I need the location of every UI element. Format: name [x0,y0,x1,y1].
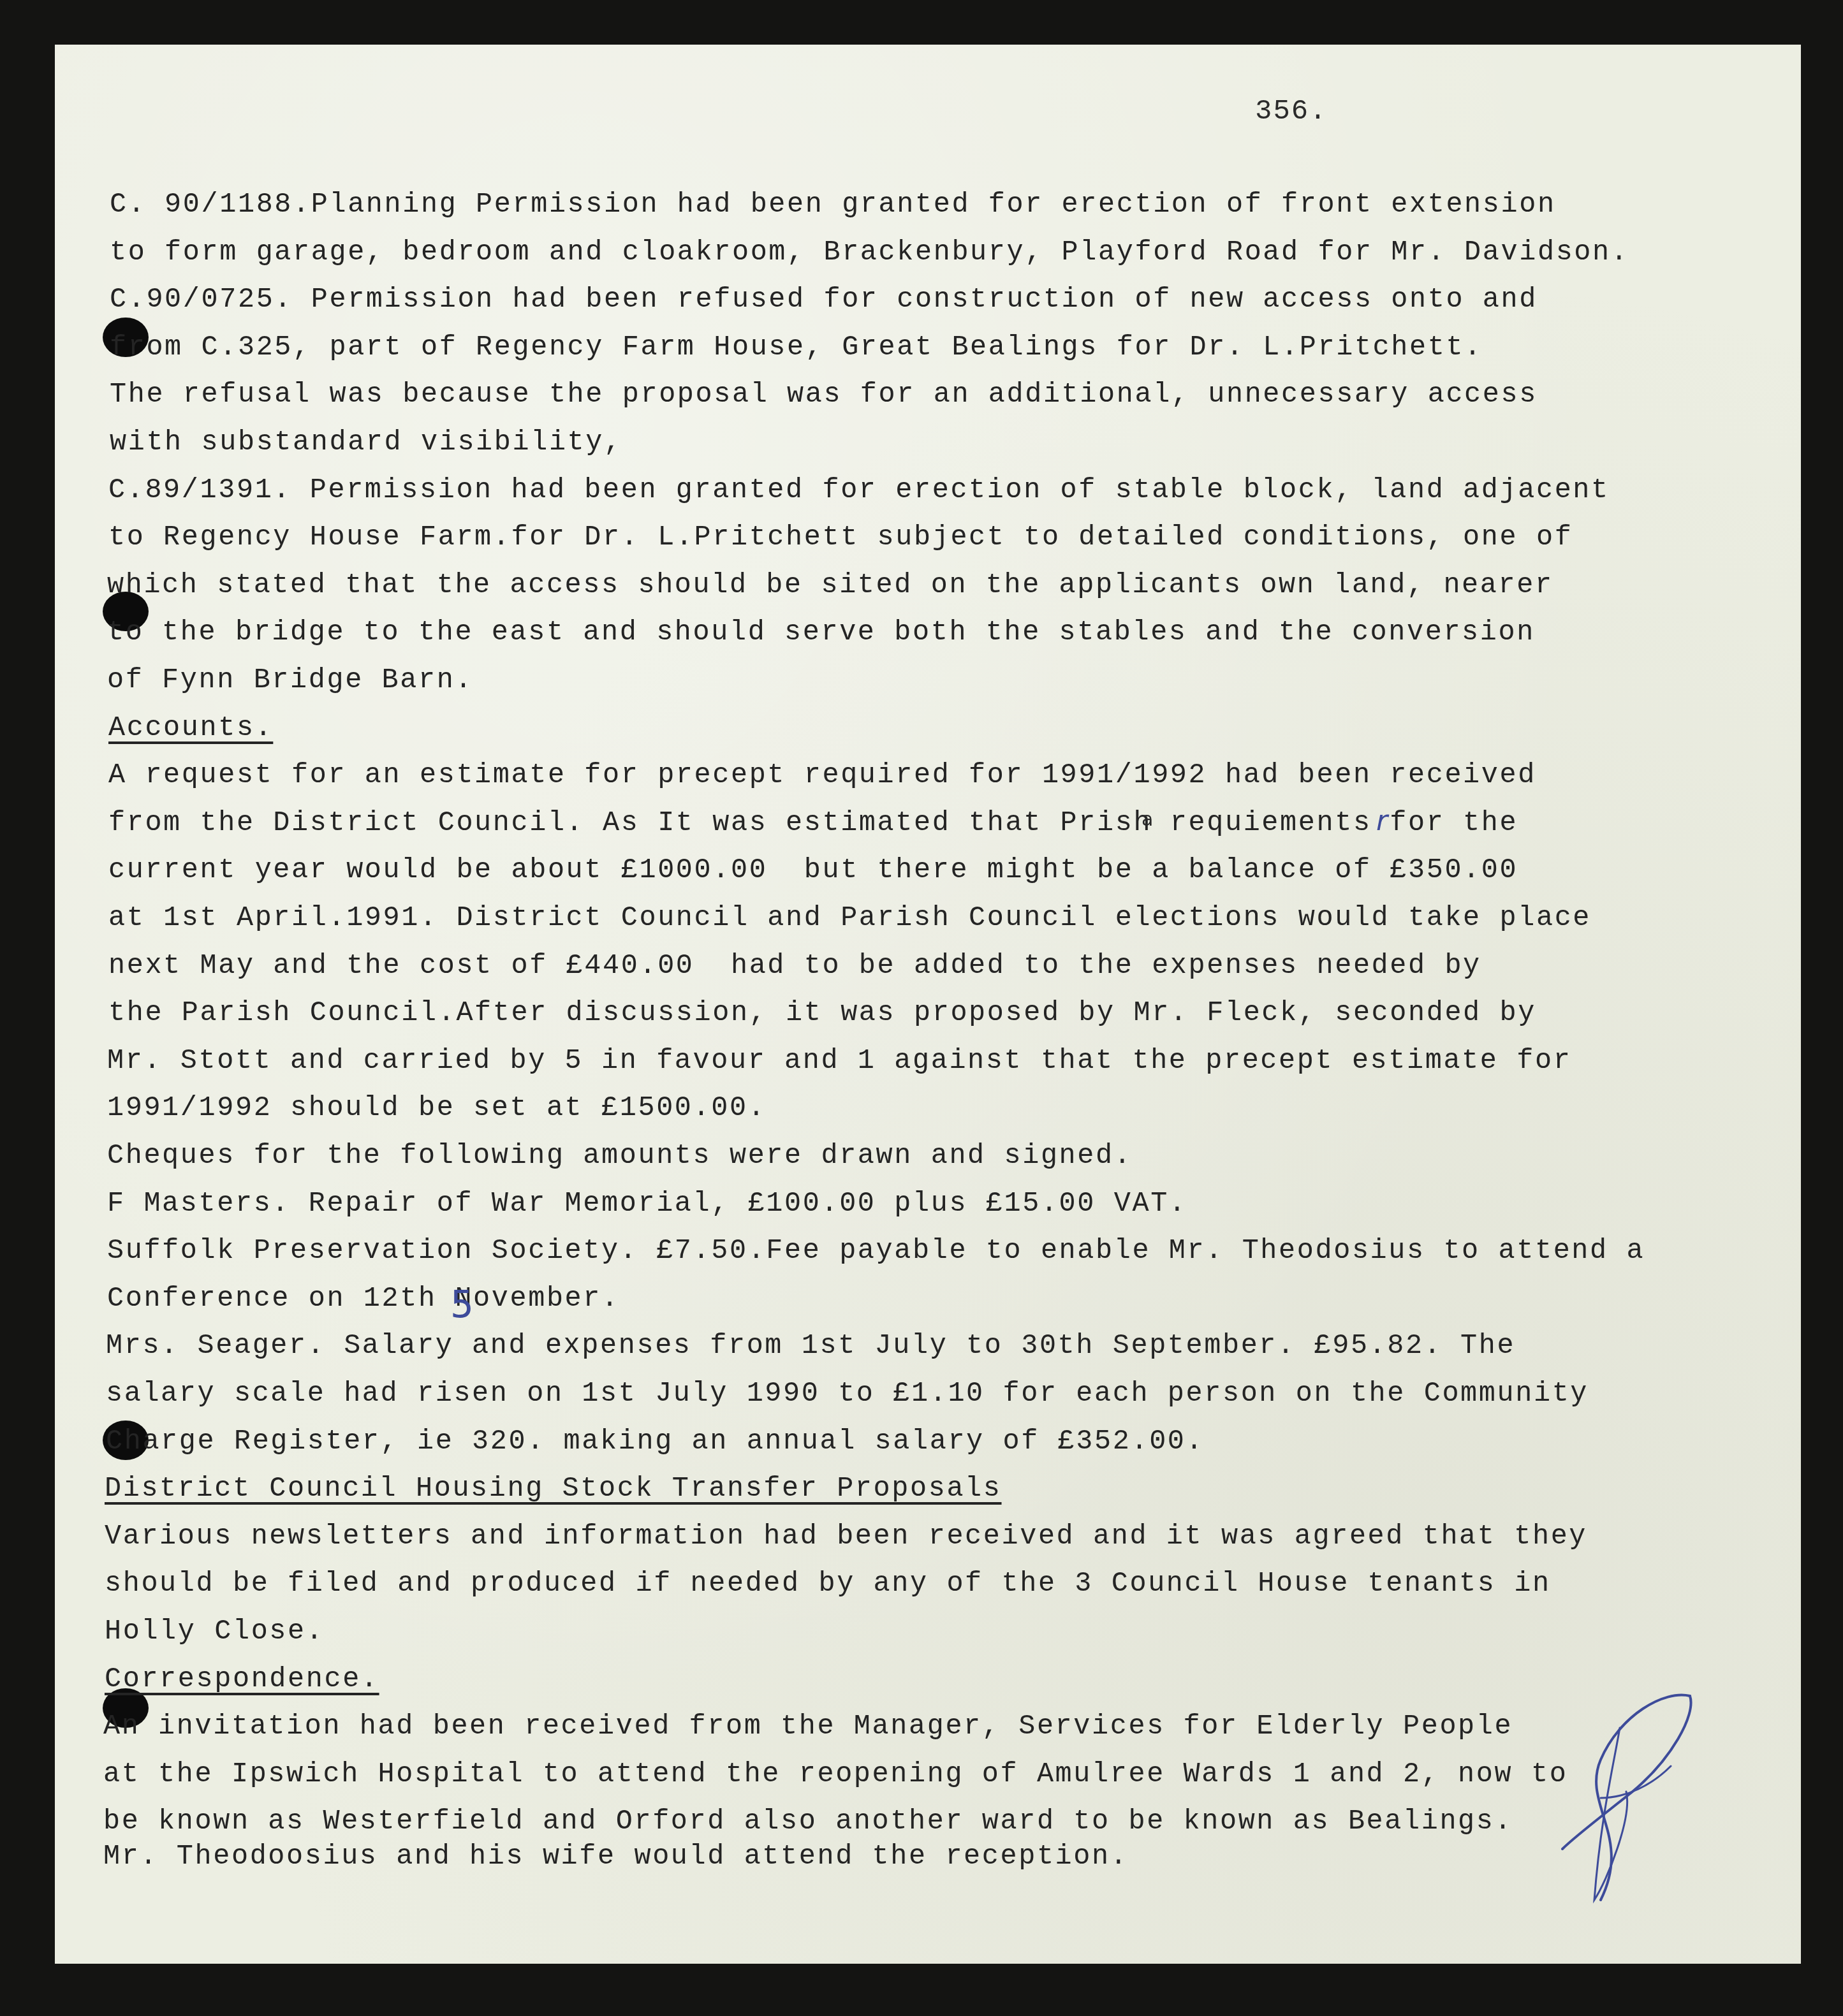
text-line: current year would be about £1000.00 but… [108,857,1518,885]
section-heading: District Council Housing Stock Transfer … [105,1475,1002,1503]
text-line: to form garage, bedroom and cloakroom, B… [110,239,1629,267]
section-heading: Accounts. [108,715,273,743]
section-heading: Correspondence. [105,1666,379,1694]
text-line: Mrs. Seager. Salary and expenses from 1s… [106,1333,1515,1361]
text-line: Conference on 12th November. [107,1285,620,1313]
text-line: the Parish Council.After discussion, it … [108,1000,1536,1028]
text-line: at the Ipswich Hospital to attend the re… [103,1761,1568,1789]
text-line: F Masters. Repair of War Memorial, £100.… [107,1190,1187,1218]
typed-correction-a: a [1142,808,1153,831]
signature-icon [1505,1690,1722,1906]
text-line: The refusal was because the proposal was… [110,381,1538,409]
text-line: C.90/0725. Permission had been refused f… [110,286,1538,314]
text-line: A request for an estimate for precept re… [108,762,1536,790]
text-line: 1991/1992 should be set at £1500.00. [107,1095,766,1123]
text-line: of Fynn Bridge Barn. [107,667,473,695]
handwritten-correction-5: 5 [450,1283,474,1326]
text-line: An invitation had been received from the… [103,1713,1513,1741]
text-line: be known as Westerfield and Orford also … [103,1808,1513,1836]
text-line: from C.325, part of Regency Farm House, … [110,334,1483,362]
handwritten-correction-r: r [1376,805,1388,837]
text-line: to Regency House Farm.for Dr. L.Pritchet… [108,524,1573,552]
text-line: Suffolk Preservation Society. £7.50.Fee … [107,1238,1645,1266]
text-line: from the District Council. As It was est… [108,810,1518,838]
text-line: Cheques for the following amounts were d… [107,1143,1132,1171]
text-line: Charge Register, ie 320. making an annua… [106,1428,1204,1456]
text-line: C. 90/1188.Planning Permission had been … [110,191,1556,219]
text-line: Mr. Stott and carried by 5 in favour and… [107,1048,1571,1076]
text-line: to the bridge to the east and should ser… [107,619,1535,647]
text-line: Mr. Theodoosius and his wife would atten… [103,1843,1128,1871]
text-line: should be filed and produced if needed b… [105,1570,1551,1598]
text-line: at 1st April.1991. District Council and … [108,905,1591,933]
page-number: 356. [1255,96,1328,128]
text-line: with substandard visibility, [110,429,622,457]
text-line: next May and the cost of £440.00 had to … [108,953,1481,981]
text-line: salary scale had risen on 1st July 1990 … [106,1380,1589,1408]
text-line: C.89/1391. Permission had been granted f… [108,477,1610,505]
text-line: Various newsletters and information had … [105,1523,1587,1551]
text-line: which stated that the access should be s… [107,572,1553,600]
text-line: Holly Close. [105,1618,324,1646]
